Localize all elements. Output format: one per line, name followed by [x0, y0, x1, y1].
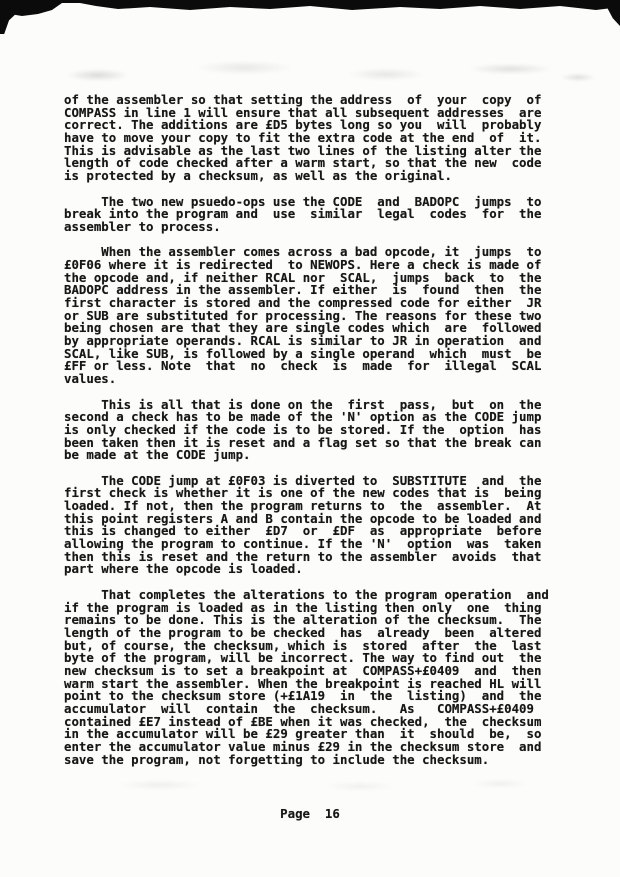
paragraph: This is all that is done on the first pa…	[64, 399, 566, 462]
photocopy-smudge-band-upper	[30, 50, 595, 92]
text-line: values.	[64, 373, 566, 386]
page-number: Page 16	[0, 806, 620, 821]
text-line: be made at the CODE jump.	[64, 449, 566, 462]
document-body: of the assembler so that setting the add…	[64, 94, 566, 766]
text-line: £FF or less. Note that no check is made …	[64, 360, 566, 373]
paragraph: The CODE jump at £0F03 is diverted to SU…	[64, 475, 566, 577]
scan-edge-artifact-top	[0, 0, 620, 16]
paragraph: That completes the alterations to the pr…	[64, 589, 566, 767]
paragraph: When the assembler comes across a bad op…	[64, 246, 566, 386]
photocopy-smudge-band-lower	[60, 772, 560, 798]
scanned-page: of the assembler so that setting the add…	[0, 0, 620, 877]
paragraph: The two new psuedo-ops use the CODE and …	[64, 196, 566, 234]
text-line: save the program, not forgetting to incl…	[64, 754, 566, 767]
text-line: part where the opcode is loaded.	[64, 563, 566, 576]
paragraph: of the assembler so that setting the add…	[64, 94, 566, 183]
text-line: assembler to process.	[64, 221, 566, 234]
scan-edge-artifact-top-right	[604, 0, 620, 26]
text-line: is protected by a checksum, as well as t…	[64, 170, 566, 183]
